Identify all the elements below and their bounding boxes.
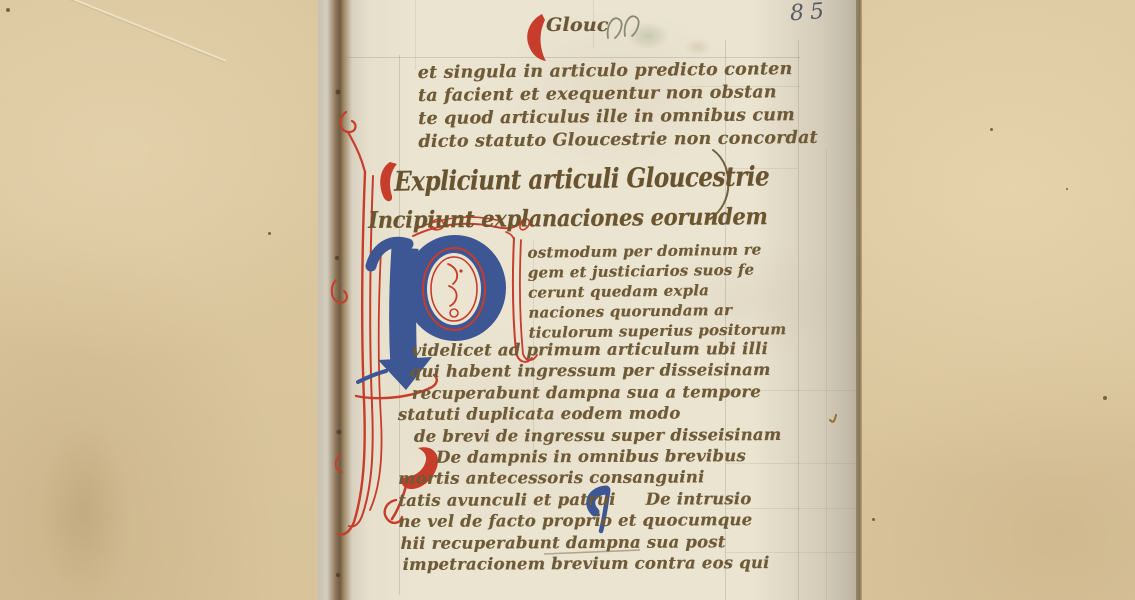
body-line: statuti duplicata eodem modo	[398, 402, 782, 425]
speck	[268, 232, 271, 235]
header-paraph-icon	[527, 14, 546, 61]
margin-flourish-lines	[332, 112, 382, 535]
speck	[1103, 396, 1107, 400]
running-header: Glouc	[546, 14, 609, 36]
speck	[1066, 188, 1068, 190]
initial-text-line: gem et justiciarios suos fe	[528, 259, 786, 283]
body-line: ne vel de facto proprio et quocumque	[398, 509, 782, 532]
manuscript-photo: 85 Glouc et singula in articulo predicto…	[0, 0, 1135, 600]
body-text: videlicet ad primum articulum ubi illi q…	[397, 338, 782, 575]
body-line: De dampnis in omnibus brevibus	[398, 445, 782, 468]
body-line: videlicet ad primum articulum ubi illi	[397, 338, 781, 361]
check-mark	[830, 415, 836, 422]
backing-crease	[68, 0, 226, 62]
folio-number: 85	[789, 0, 831, 26]
speck	[990, 128, 993, 131]
explicit-heading: Expliciunt articuli Gloucestrie	[394, 161, 769, 198]
body-line: tatis avunculi et patruiDe intrusio	[398, 488, 782, 511]
body-line-segment: De intrusio	[645, 489, 751, 509]
body-line: impetracionem brevium contra eos qui	[399, 552, 783, 575]
body-line: hii recuperabunt dampna sua post	[398, 531, 782, 554]
speck	[872, 518, 875, 521]
body-line: recuperabunt dampna sua a tempore	[398, 381, 782, 404]
body-line-segment: tatis avunculi et patrui	[398, 490, 615, 510]
preamble-line: dicto statuto Gloucestrie non concordat	[418, 127, 818, 154]
preamble-block: et singula in articulo predicto conten t…	[418, 58, 818, 154]
initial-paragraph: ostmodum per dominum re gem et justiciar…	[527, 239, 786, 343]
header-flourish	[608, 16, 639, 38]
speck	[6, 8, 10, 12]
incipit-heading: Incipiunt explanaciones eorundem	[368, 202, 767, 233]
sewing-dots	[335, 90, 342, 578]
stain	[40, 420, 130, 600]
body-line: de brevi de ingressu super disseisinam	[398, 424, 782, 447]
body-line: mortis antecessoris consanguini	[398, 466, 782, 489]
body-line: qui habent ingressum per disseisinam	[397, 359, 781, 382]
